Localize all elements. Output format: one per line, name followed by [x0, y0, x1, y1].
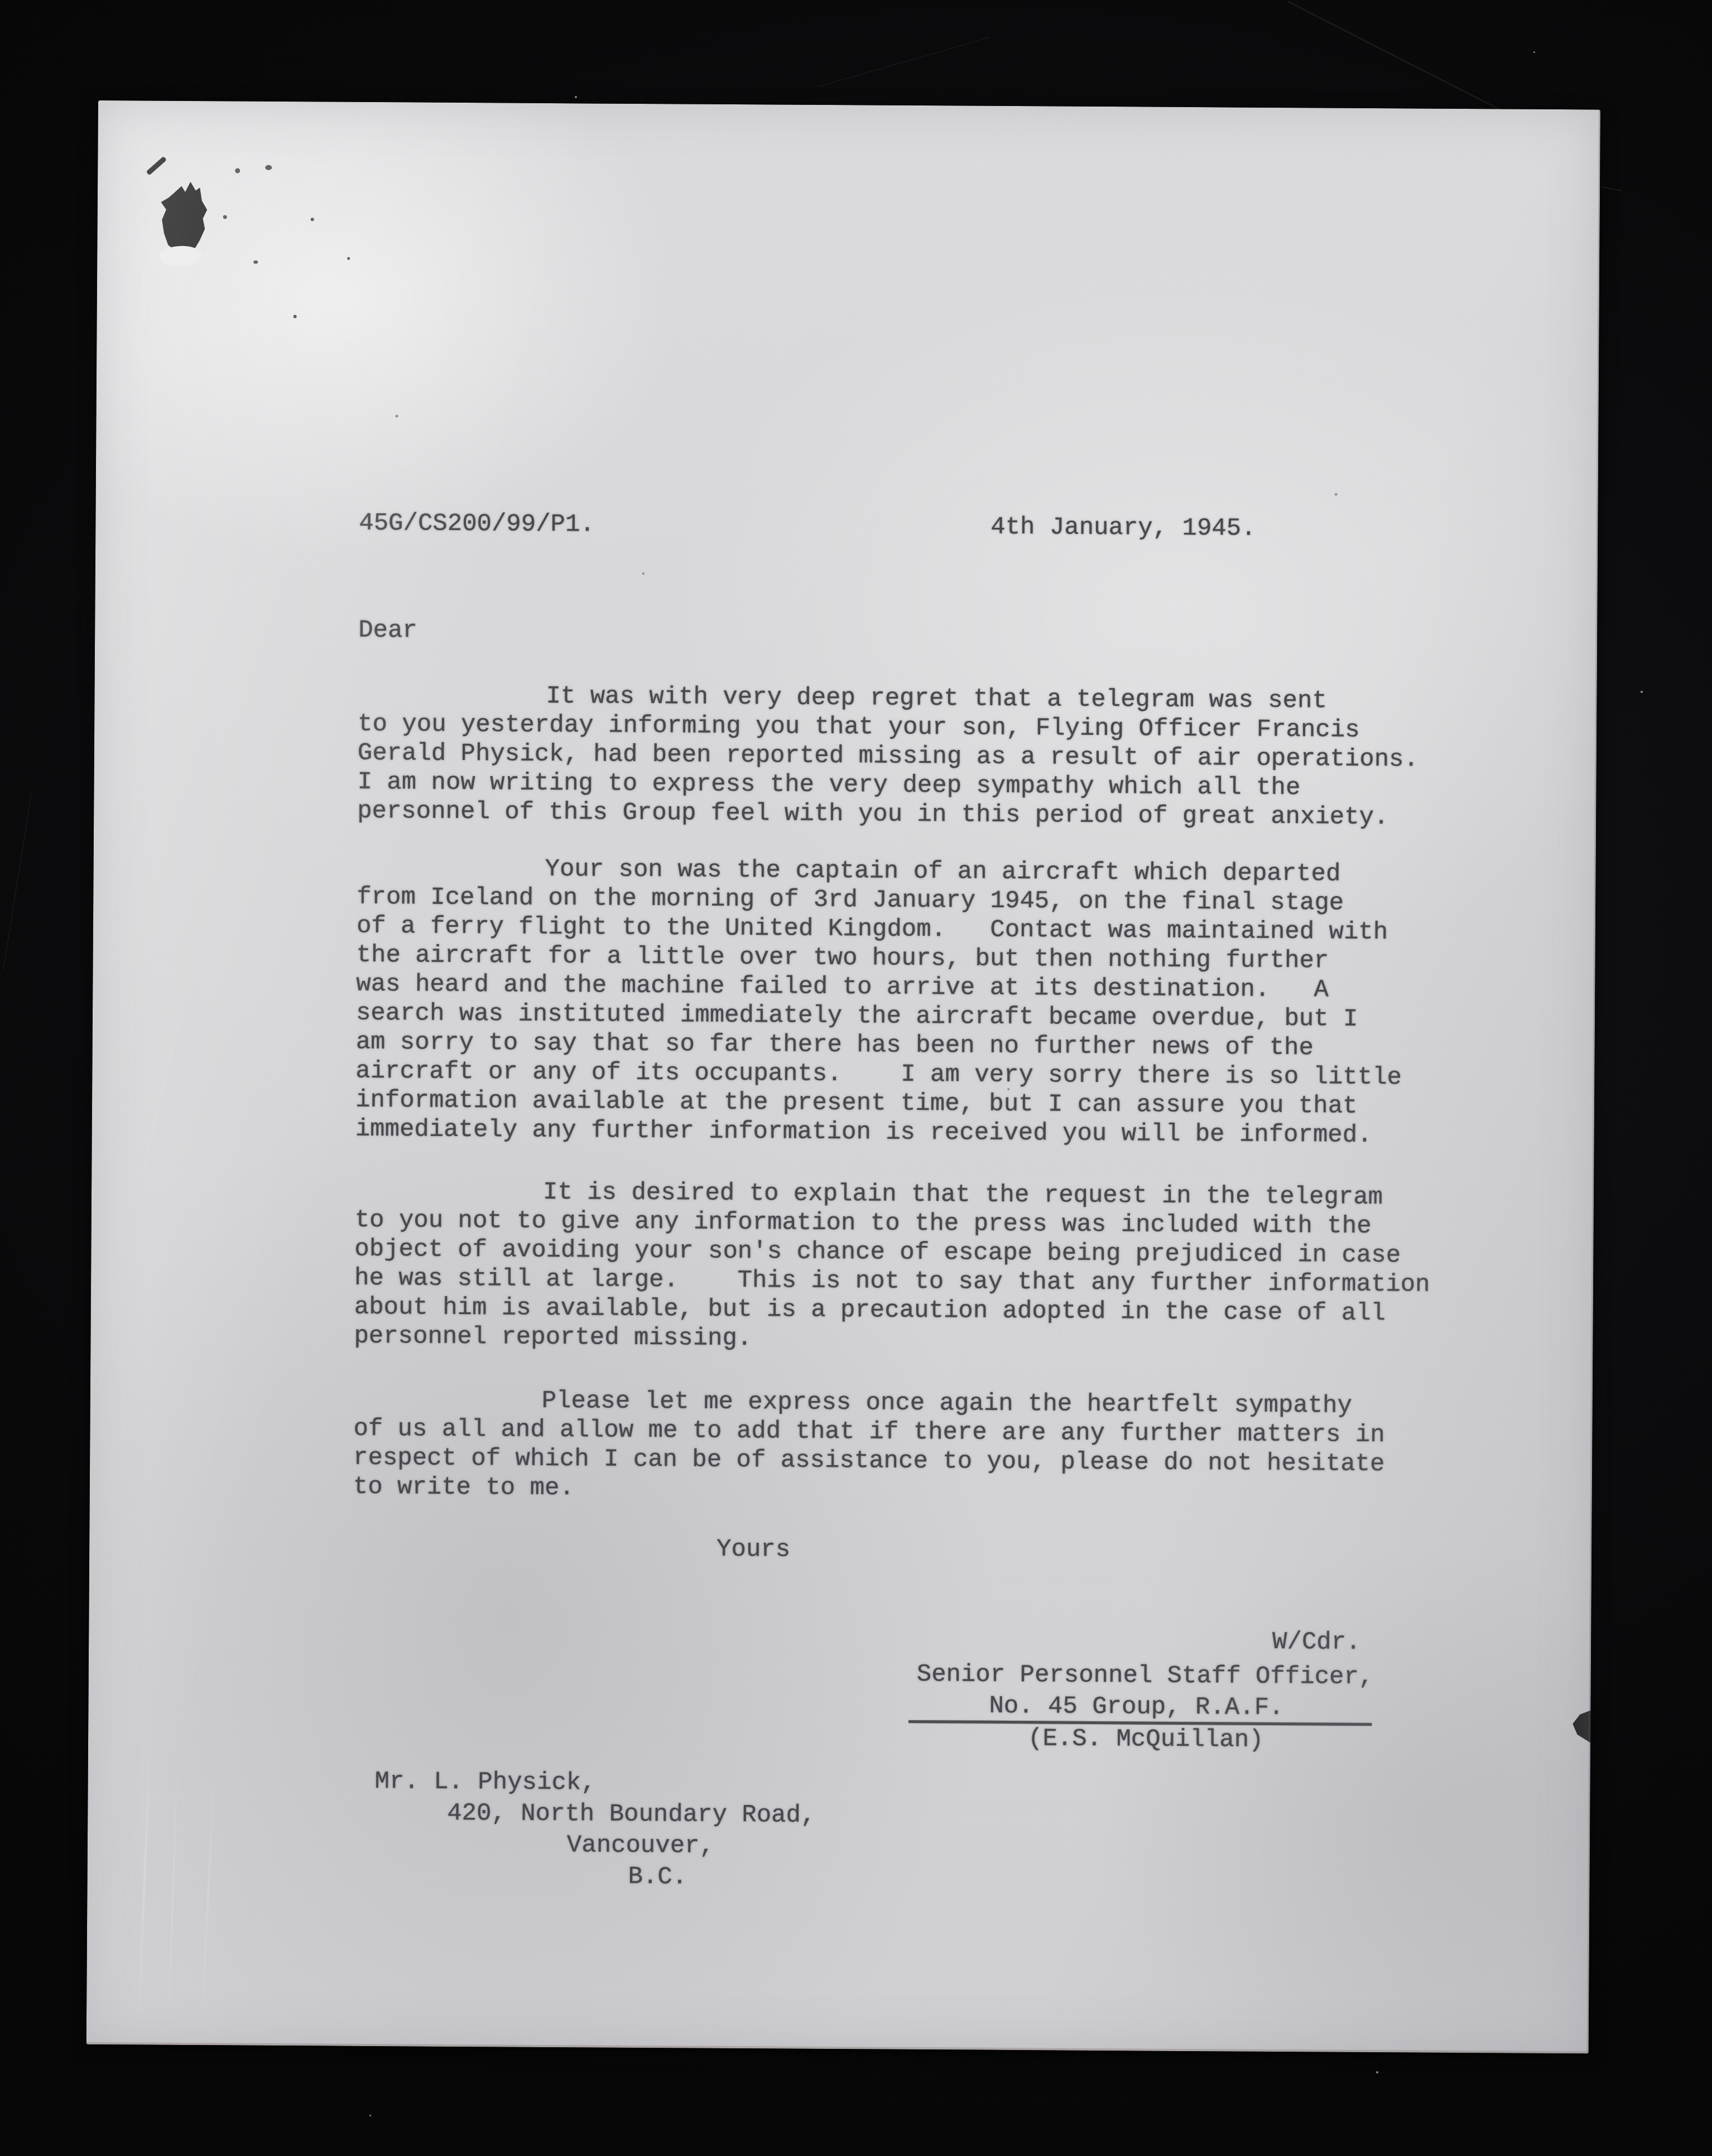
signature-unit: No. 45 Group, R.A.F.	[989, 1692, 1283, 1722]
dust-speck	[1533, 51, 1535, 53]
recipient-name: Mr. L. Physick,	[374, 1767, 595, 1797]
signature-name: (E.S. McQuillan)	[1028, 1724, 1264, 1755]
paper-crease	[137, 1730, 152, 2043]
paper-speck	[347, 257, 350, 260]
letter-line: personnel of this Group feel with you in…	[357, 797, 1418, 832]
paragraph-1: It was with very deep regret that a tele…	[357, 681, 1419, 832]
dust-speck	[1641, 691, 1643, 693]
dust-speck	[369, 2115, 371, 2116]
paper-speck	[253, 261, 258, 264]
backdrop-scratch	[3, 793, 32, 970]
letter-page: 45G/CS200/99/P1. 4th January, 1945. Dear…	[86, 100, 1600, 2053]
paper-speck	[265, 165, 272, 170]
backdrop-scratch	[818, 37, 990, 87]
paper-speck	[1007, 1088, 1009, 1090]
closing: Yours	[716, 1535, 790, 1565]
paper-speck	[396, 415, 398, 417]
paper-tear-highlight	[159, 245, 203, 268]
paper-speck	[642, 572, 645, 575]
dust-speck	[575, 96, 577, 98]
paper-tear-notch	[1572, 1710, 1591, 1743]
paragraph-2: Your son was the captain of an aircraft …	[355, 854, 1403, 1150]
paragraph-3: It is desired to explain that the reques…	[354, 1177, 1430, 1358]
paragraph-4: Please let me express once again the hea…	[353, 1385, 1386, 1508]
recipient-street: 420, North Boundary Road,	[447, 1799, 815, 1830]
photograph-of-letter: { "letter": { "reference": "45G/CS200/99…	[0, 0, 1712, 2156]
paper-speck	[1335, 493, 1338, 496]
paper-crease	[194, 519, 342, 622]
paper-speck	[294, 315, 297, 318]
letter-date: 4th January, 1945.	[990, 513, 1256, 543]
letter-line: immediately any further information is r…	[355, 1115, 1402, 1150]
dust-speck	[1376, 2071, 1378, 2073]
paper-hole-tear	[146, 156, 167, 176]
signature-rank: W/Cdr.	[1272, 1628, 1361, 1657]
reference-number: 45G/CS200/99/P1.	[359, 509, 595, 540]
paper-speck	[223, 215, 227, 219]
paper-hole	[157, 180, 210, 254]
salutation: Dear	[358, 616, 417, 646]
signature-title: Senior Personnel Staff Officer,	[917, 1660, 1374, 1692]
recipient-province: B.C.	[628, 1863, 687, 1892]
paper-speck	[311, 218, 314, 221]
paper-crease	[167, 1747, 179, 2043]
recipient-city: Vancouver,	[567, 1831, 714, 1861]
paper-speck	[235, 169, 240, 174]
paper-crease	[117, 931, 201, 1279]
paper-crease	[200, 1764, 216, 2043]
